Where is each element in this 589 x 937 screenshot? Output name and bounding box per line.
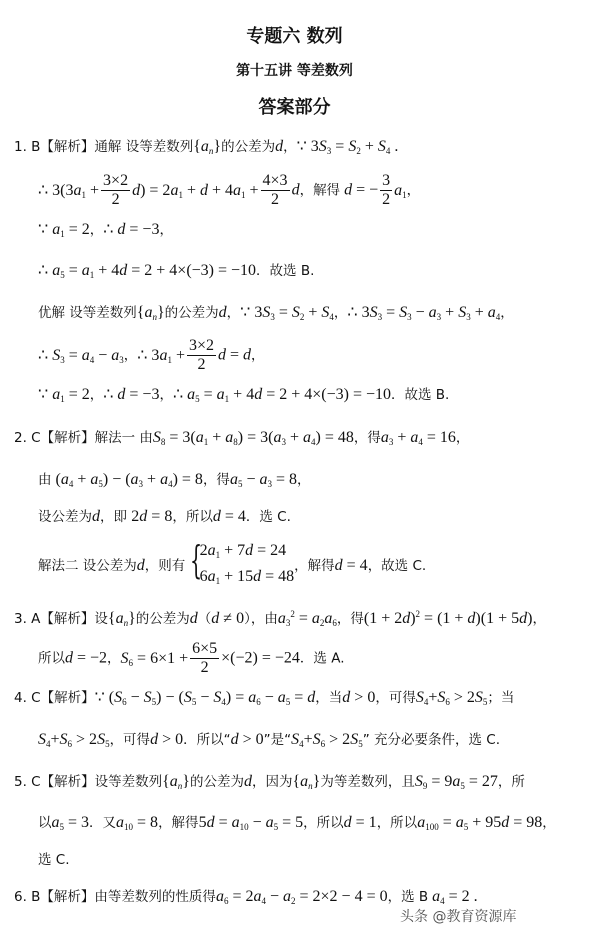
answer-1-line-7: ∵ a1 = 2，∴ d = −3，∴ a5 = a1 + 4d = 2 + 4… <box>38 386 449 408</box>
answer-5-line-3: 选 C. <box>38 851 70 869</box>
answer-1-line-6: ∴ S3 = a4 − a3，∴ 3a1 +3×22d = d， <box>38 337 265 374</box>
watermark: 头条 @教育资源库 <box>400 906 516 926</box>
answer-4-line-2: S4+S6 > 2S5，可得d > 0．所以“d > 0”是“S4+S6 > 2… <box>38 731 500 753</box>
answer-1-line-5: 优解 设等差数列{an}的公差为d，∵ 3S3 = S2 + S4，∴ 3S3 … <box>38 304 514 326</box>
answer-1-line-4: ∴ a5 = a1 + 4d = 2 + 4×(−3) = −10．故选 B. <box>38 262 314 284</box>
lecture-subtitle: 第十五讲 等差数列 <box>0 60 589 80</box>
answer-2-line-2: 由 (a4 + a5) − (a3 + a4) = 8，得a5 − a3 = 8… <box>38 471 311 493</box>
answer-5-line-1: 5. C【解析】设等差数列{an}的公差为d，因为{an}为等差数列，且S9 =… <box>14 773 525 795</box>
document-title: 专题六 数列 <box>0 22 589 48</box>
answer-2-line-3: 设公差为d，即 2d = 8，所以d = 4．选 C. <box>38 508 291 526</box>
answer-1-line-1: 1. B【解析】通解 设等差数列{an}的公差为d，∵ 3S3 = S2 + S… <box>14 138 398 160</box>
answer-4-line-1: 4. C【解析】∵ (S6 − S5) − (S5 − S4) = a6 − a… <box>14 689 514 711</box>
answer-3-line-1: 3. A【解析】设{an}的公差为d（d ≠ 0），由a32 = a2a6，得(… <box>14 605 546 632</box>
answer-1-line-3: ∵ a1 = 2，∴ d = −3， <box>38 221 173 243</box>
answer-1-line-2: ∴ 3(3a1 +3×22d) = 2a1 + d + 4a1 +4×32d，解… <box>38 172 420 209</box>
section-heading: 答案部分 <box>0 93 589 119</box>
equation-system: {2a1 + 7d = 246a1 + 15d = 48 <box>190 540 295 592</box>
answer-2-line-1: 2. C【解析】解法一 由S8 = 3(a1 + a8) = 3(a3 + a4… <box>14 429 469 451</box>
answer-2-line-4: 解法二 设公差为d，则有 {2a1 + 7d = 246a1 + 15d = 4… <box>38 540 426 592</box>
answer-5-line-2: 以a5 = 3．又a10 = 8，解得5d = a10 − a5 = 5，所以d… <box>38 814 556 836</box>
answer-3-line-2: 所以d = −2，S6 = 6×1 +6×52×(−2) = −24．选 A. <box>38 640 345 677</box>
